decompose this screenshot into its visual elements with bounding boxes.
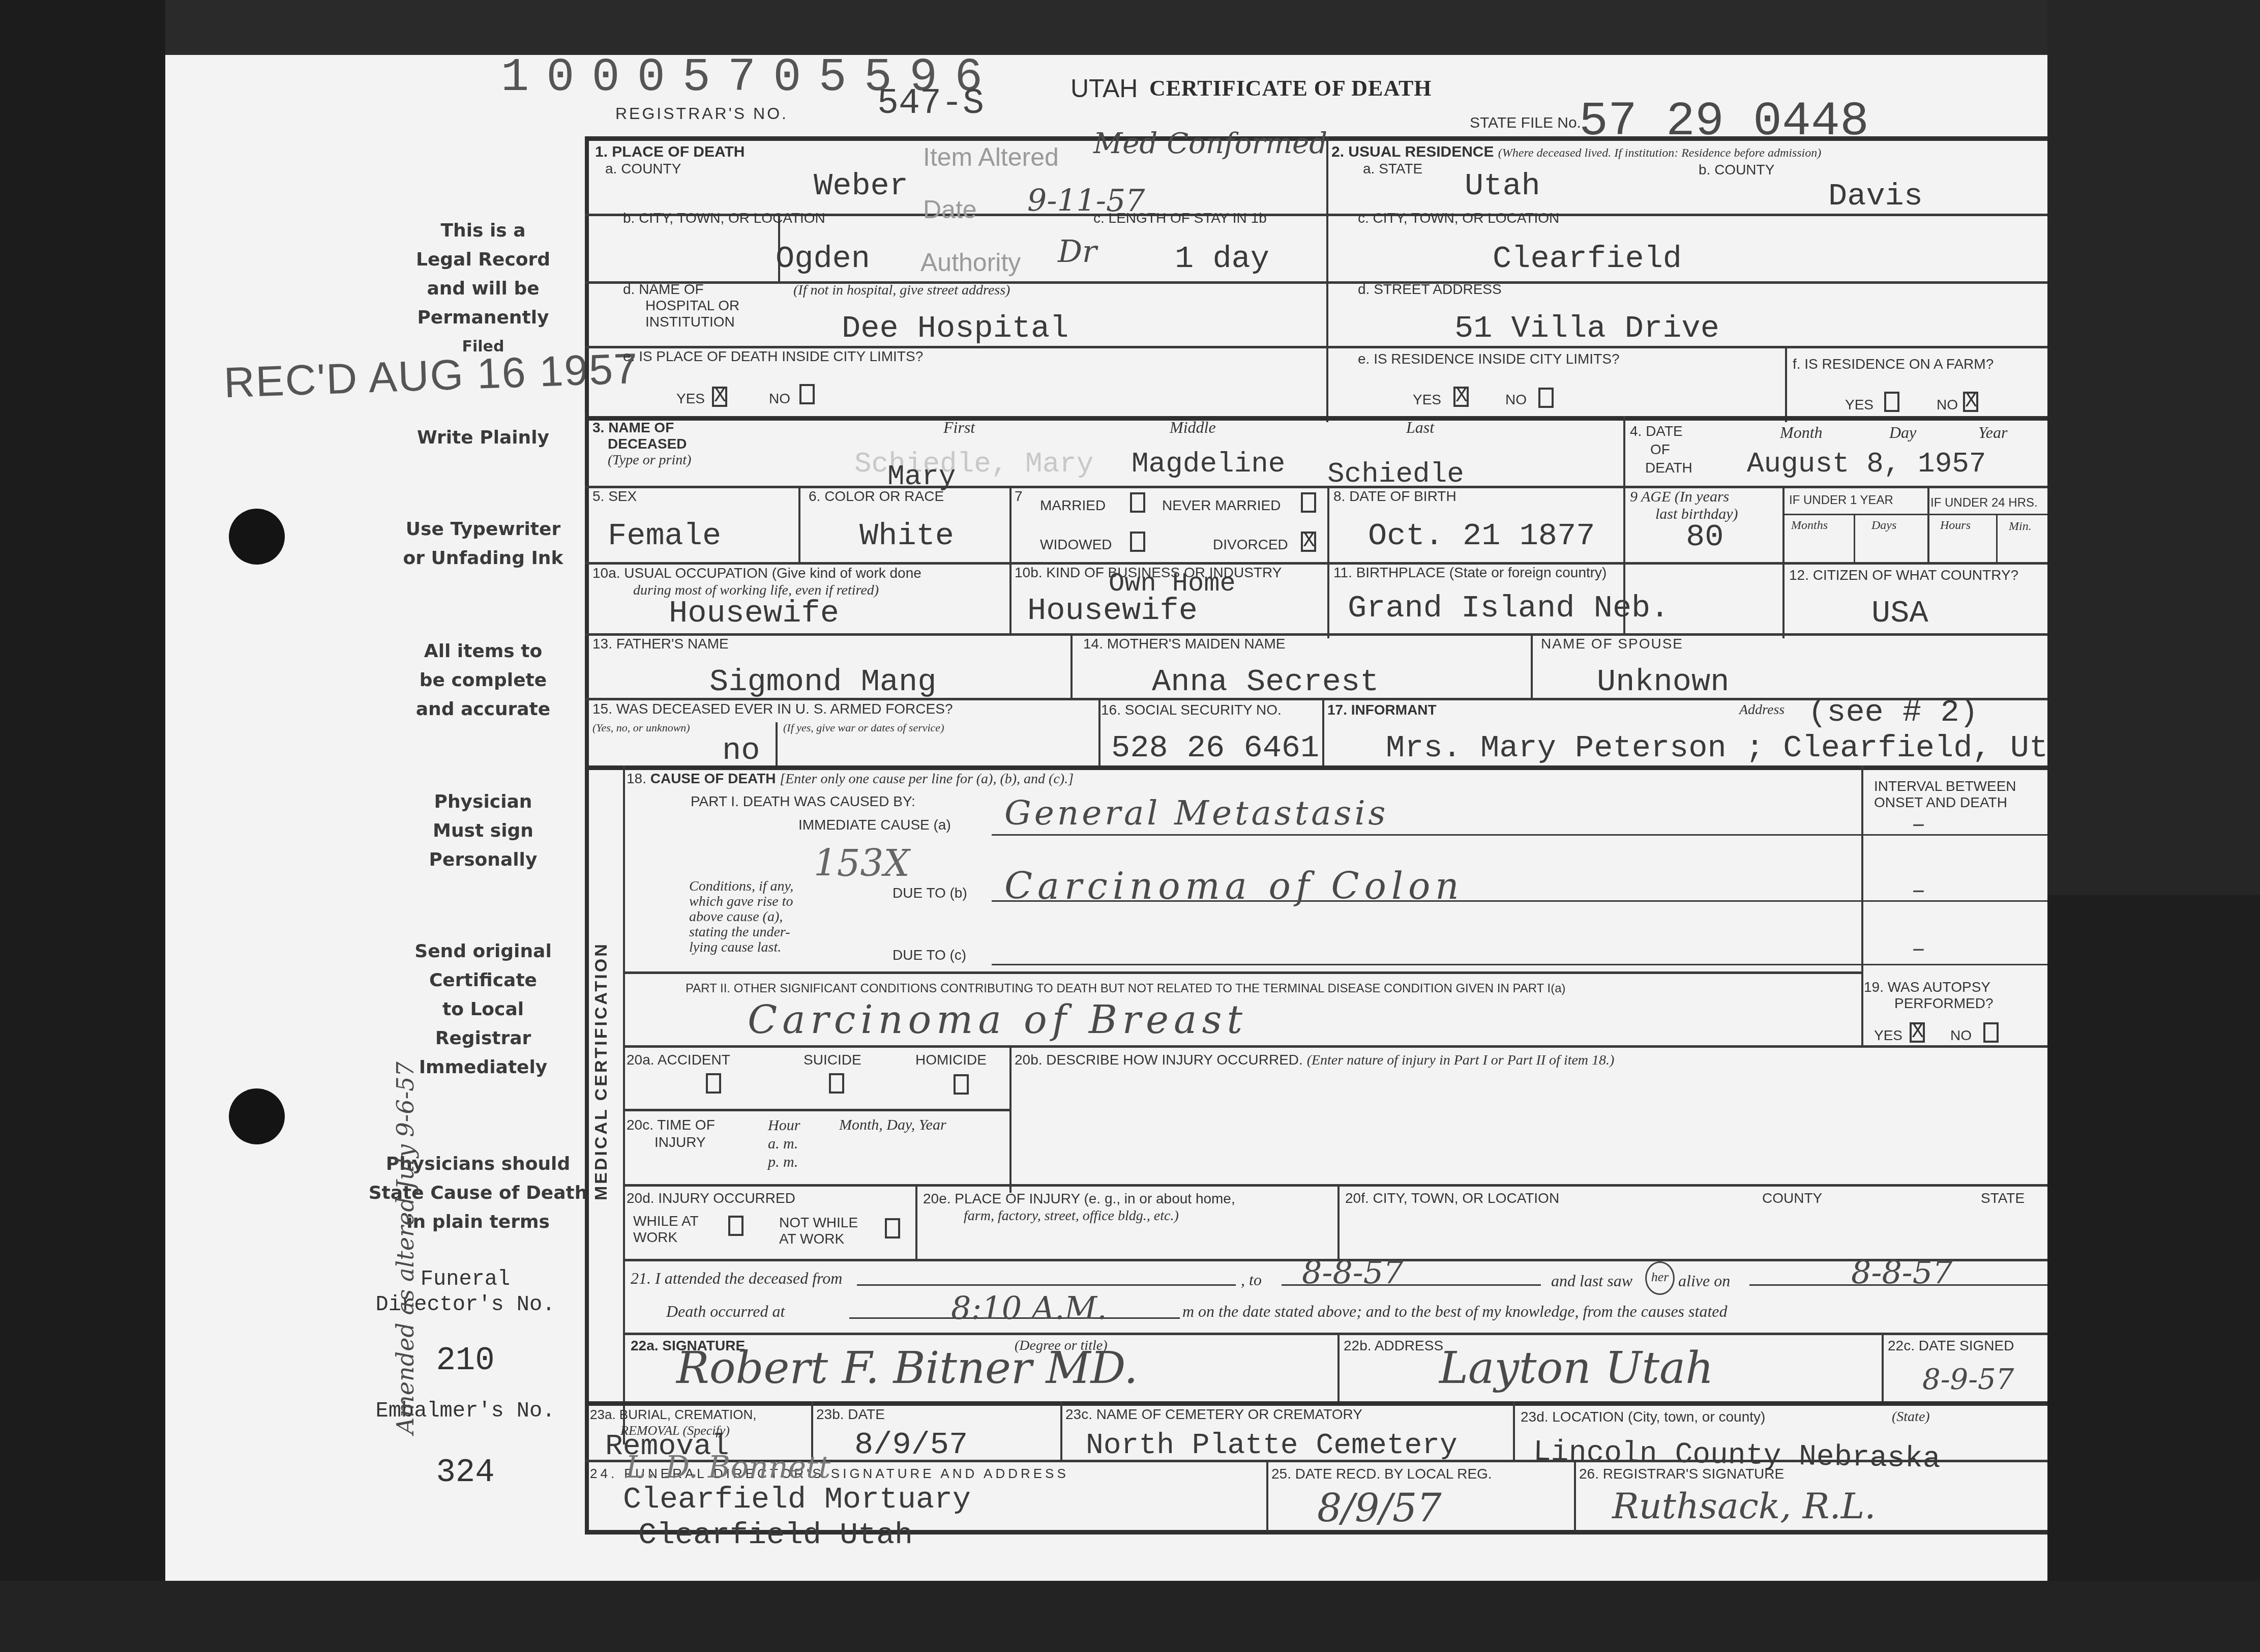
- death-time: 8:10 A.M.: [951, 1289, 1107, 1326]
- death-city-label: b. CITY, TOWN, OR LOCATION: [623, 210, 825, 226]
- punch-hole-icon: [229, 1088, 285, 1144]
- last-name-label: Last: [1406, 418, 1434, 437]
- registrars-no: 547-S: [877, 84, 984, 124]
- residence-city-label: c. CITY, TOWN, OR LOCATION: [1358, 210, 1559, 226]
- divider: [585, 416, 2047, 421]
- residence-county: Davis: [1828, 178, 1923, 214]
- farm-yes-label: YES: [1845, 397, 1874, 413]
- embalmer-no-label: Embalmer's No.: [359, 1399, 572, 1423]
- father-name: Sigmond Mang: [709, 664, 936, 700]
- armed-forces-label: 15. WAS DECEASED EVER IN U. S. ARMED FOR…: [592, 701, 953, 717]
- registrars-no-label: REGISTRAR'S NO.: [615, 104, 788, 123]
- citizen-label: 12. CITIZEN OF WHAT COUNTRY?: [1789, 567, 2018, 583]
- never-married-checkbox[interactable]: [1301, 492, 1316, 513]
- mother-label: 14. MOTHER'S MAIDEN NAME: [1083, 636, 1285, 652]
- divider: [623, 1045, 2047, 1048]
- time-of-injury-label: 20c. TIME OF INJURY: [627, 1116, 715, 1151]
- divider: [1861, 964, 2047, 965]
- death-county-label: a. COUNTY: [605, 161, 681, 177]
- part2-label: PART II. OTHER SIGNIFICANT CONDITIONS CO…: [686, 982, 1565, 996]
- date-recd-label: 25. DATE RECD. BY LOCAL REG.: [1271, 1466, 1492, 1482]
- month-day-year-label: Month, Day, Year: [839, 1116, 946, 1134]
- document-title: CERTIFICATE OF DEATH: [1149, 75, 1432, 101]
- divider: [623, 765, 625, 1444]
- divider: [1574, 1460, 1576, 1531]
- cemetery-location-label: 23d. LOCATION (City, town, or county): [1521, 1409, 1765, 1425]
- under-1-year-label: IF UNDER 1 YEAR: [1789, 493, 1893, 508]
- death-statement: m on the date stated above; and to the b…: [1182, 1302, 1727, 1321]
- armed-forces-hint-1: (Yes, no, or unknown): [592, 721, 690, 734]
- widowed-label: WIDOWED: [1040, 537, 1112, 553]
- autopsy-yes-checkbox[interactable]: X: [1910, 1022, 1925, 1043]
- divider: [1060, 1401, 1062, 1462]
- funeral-director-no: 210: [359, 1343, 572, 1379]
- ssn-value: 528 26 6461: [1111, 730, 1319, 766]
- disposition-date-label: 23b. DATE: [816, 1406, 885, 1423]
- part2-conditions: Carcinoma of Breast: [748, 997, 1247, 1042]
- married-checkbox[interactable]: [1130, 492, 1145, 513]
- cemetery-label: 23c. NAME OF CEMETERY OR CREMATORY: [1065, 1406, 1362, 1423]
- part1-label: PART I. DEATH WAS CAUSED BY:: [691, 793, 915, 810]
- last-seen-date: 8-8-57: [1851, 1254, 1953, 1291]
- married-label: MARRIED: [1040, 497, 1106, 514]
- armed-forces-hint-2: (If yes, give war or dates of service): [783, 721, 944, 734]
- day-label: Day: [1889, 423, 1916, 442]
- to-label: , to: [1241, 1271, 1262, 1289]
- sex-label: 5. SEX: [592, 488, 637, 505]
- place-of-death-label: 1. PLACE OF DEATH: [595, 143, 745, 161]
- punch-hole-icon: [229, 509, 285, 565]
- authority-value: Dr: [1058, 234, 1097, 270]
- divider: [1513, 1401, 1515, 1462]
- suicide-checkbox[interactable]: [829, 1073, 844, 1094]
- mother-name: Anna Secrest: [1152, 664, 1379, 700]
- date-signed-label: 22c. DATE SIGNED: [1888, 1338, 2014, 1354]
- physician-address-label: 22b. ADDRESS: [1344, 1338, 1443, 1354]
- sex-value: Female: [608, 518, 721, 554]
- race-value: White: [859, 518, 954, 554]
- residence-street-label: d. STREET ADDRESS: [1358, 281, 1502, 298]
- divider: [623, 971, 1861, 974]
- divider: [1009, 486, 1012, 563]
- divider: [623, 1333, 2047, 1335]
- funeral-director-no-label: Funeral Director's No.: [359, 1266, 572, 1317]
- not-while-at-work-checkbox[interactable]: [885, 1218, 900, 1238]
- authority-label: Authority: [920, 248, 1021, 277]
- cemetery-value: North Platte Cemetery: [1086, 1429, 1458, 1462]
- disposition-date: 8/9/57: [854, 1427, 968, 1463]
- deceased-name-label: 3. NAME OF DECEASED (Type or print): [592, 420, 691, 468]
- dob-value: Oct. 21 1877: [1368, 518, 1595, 554]
- divider: [1337, 1333, 1340, 1404]
- death-occurred-label: Death occurred at: [666, 1302, 785, 1321]
- write-plainly-note: Write Plainly: [376, 423, 590, 452]
- physician-signature: Robert F. Bitner MD.: [676, 1343, 1138, 1394]
- interval-label: INTERVAL BETWEEN ONSET AND DEATH: [1874, 778, 2016, 811]
- usual-residence-label: 2. USUAL RESIDENCE (Where deceased lived…: [1331, 143, 1821, 161]
- medical-certification-label: MEDICAL CERTIFICATION: [591, 942, 611, 1200]
- residence-inside-city-yes-checkbox[interactable]: X: [1453, 387, 1469, 407]
- date-recd: 8/9/57: [1317, 1485, 1442, 1530]
- divider: [1531, 633, 1533, 699]
- death-city: Ogden: [776, 241, 870, 277]
- armed-forces-value: no: [722, 732, 760, 769]
- injury-state-label: STATE: [1981, 1190, 2025, 1206]
- informant-label: 17. INFORMANT: [1327, 702, 1437, 718]
- divider: [776, 722, 778, 767]
- residence-inside-city-label: e. IS RESIDENCE INSIDE CITY LIMITS?: [1358, 351, 1620, 367]
- homicide-label: HOMICIDE: [915, 1052, 987, 1068]
- spouse-label: NAME OF SPOUSE: [1541, 636, 1683, 652]
- while-at-work-checkbox[interactable]: [728, 1216, 744, 1236]
- accident-checkbox[interactable]: [706, 1073, 721, 1094]
- due-to-c-label: DUE TO (c): [893, 947, 966, 963]
- divorced-label: DIVORCED: [1213, 537, 1288, 553]
- length-of-stay: 1 day: [1175, 241, 1269, 277]
- dob-label: 8. DATE OF BIRTH: [1333, 488, 1456, 505]
- attended-from-line: [857, 1284, 1236, 1286]
- item-altered-value: Med Conformed: [1093, 127, 1327, 160]
- death-inside-city-yes-checkbox[interactable]: X: [712, 387, 727, 407]
- residence-inside-city-no-checkbox[interactable]: [1538, 388, 1554, 408]
- divider: [1927, 486, 1929, 563]
- residence-inside-city-yes-label: YES: [1413, 392, 1441, 408]
- funeral-director-line2: Clearfield Utah: [638, 1518, 913, 1553]
- state-file-label: STATE FILE No.: [1470, 114, 1581, 132]
- divider: [585, 633, 2047, 636]
- deceased-middle-name: Magdeline: [1132, 448, 1285, 480]
- place-of-injury-label: 20e. PLACE OF INJURY (e. g., in or about…: [923, 1190, 1235, 1225]
- divider: [585, 765, 2047, 770]
- autopsy-no-checkbox[interactable]: [1983, 1022, 1999, 1043]
- physician-sign-note: Physician Must sign Personally: [376, 787, 590, 874]
- widowed-checkbox[interactable]: [1130, 532, 1145, 552]
- last-saw-label: and last saw: [1551, 1272, 1632, 1290]
- marital-number: 7: [1015, 488, 1023, 505]
- month-label: Month: [1780, 423, 1823, 442]
- date-of-death: August 8, 1957: [1747, 448, 1986, 480]
- residence-street: 51 Villa Drive: [1454, 310, 1719, 346]
- death-inside-city-yes-label: YES: [676, 391, 705, 407]
- divider: [1322, 698, 1324, 768]
- alteration-date-label: Date: [923, 195, 977, 224]
- cause-a-line: [992, 834, 1861, 836]
- citizen-value: USA: [1871, 595, 1928, 631]
- deceased-last-name: Schiedle: [1327, 458, 1464, 490]
- death-inside-city-no-checkbox[interactable]: [799, 384, 815, 404]
- death-inside-city-label: e. IS PLACE OF DEATH INSIDE CITY LIMITS?: [623, 348, 923, 365]
- scan-background-left: [0, 0, 165, 1652]
- embalmer-no: 324: [359, 1455, 572, 1491]
- autopsy-label: 19. WAS AUTOPSY PERFORMED?: [1864, 979, 1993, 1012]
- while-at-work-label: WHILE AT WORK: [633, 1213, 699, 1246]
- her-circled: her: [1645, 1261, 1675, 1295]
- immediate-cause-label: IMMEDIATE CAUSE (a): [798, 817, 951, 833]
- residence-state: Utah: [1465, 168, 1540, 204]
- ssn-label: 16. SOCIAL SECURITY NO.: [1101, 702, 1282, 718]
- residence-farm-label: f. IS RESIDENCE ON A FARM?: [1793, 356, 1994, 372]
- divider: [1861, 765, 1863, 1048]
- title-prefix: UTAH: [1070, 74, 1138, 103]
- divider: [623, 1184, 2047, 1187]
- divider: [798, 486, 800, 563]
- min-label: Min.: [2009, 520, 2032, 534]
- registrar-signature: Ruthsack, R.L.: [1612, 1485, 1876, 1527]
- registrar-signature-label: 26. REGISTRAR'S SIGNATURE: [1579, 1466, 1784, 1482]
- alive-on-label: alive on: [1678, 1272, 1730, 1290]
- complete-note: All items to be complete and accurate: [376, 637, 590, 724]
- autopsy-no-label: NO: [1950, 1027, 1972, 1044]
- physician-address: Layton Utah: [1439, 1343, 1714, 1394]
- homicide-checkbox[interactable]: [954, 1074, 969, 1095]
- first-name-label: First: [943, 418, 975, 437]
- occupation-value: Housewife: [669, 595, 839, 631]
- legal-record-note: This is a Legal Record and will be Perma…: [376, 216, 590, 361]
- farm-no-checkbox[interactable]: X: [1963, 392, 1978, 412]
- divider: [585, 1401, 2047, 1406]
- divider: [1337, 1184, 1340, 1260]
- hours-label: Hours: [1940, 519, 1971, 533]
- divider: [623, 1109, 1009, 1111]
- injury-occurred-label: 20d. INJURY OCCURRED: [627, 1190, 795, 1206]
- under-24-hrs-label: IF UNDER 24 HRS.: [1930, 496, 2038, 510]
- informant-address: (see # 2): [1808, 694, 1978, 730]
- age-label: 9 AGE (In years last birthday): [1630, 488, 1738, 523]
- divider: [1861, 900, 2047, 902]
- divider: [1782, 514, 2047, 515]
- divider: [1861, 834, 2047, 836]
- due-to-b-label: DUE TO (b): [893, 885, 967, 901]
- divider: [1098, 698, 1101, 768]
- autopsy-yes-label: YES: [1874, 1027, 1902, 1044]
- occupation-label: 10a. USUAL OCCUPATION (Give kind of work…: [592, 565, 921, 599]
- interval-a: –: [1912, 809, 1925, 838]
- divider: [1070, 633, 1073, 699]
- divider: [1996, 514, 1998, 563]
- conditions-note: Conditions, if any, which gave rise to a…: [689, 879, 793, 955]
- residence-state-label: a. STATE: [1363, 161, 1422, 177]
- accident-label: 20a. ACCIDENT: [627, 1052, 730, 1068]
- injury-city-label: 20f. CITY, TOWN, OR LOCATION: [1345, 1190, 1559, 1206]
- divider: [1882, 1333, 1884, 1404]
- scan-background-right-lower: [2047, 895, 2260, 1652]
- race-label: 6. COLOR OR RACE: [809, 488, 944, 505]
- injury-county-label: COUNTY: [1762, 1190, 1822, 1206]
- birthplace-value: Grand Island Neb.: [1348, 590, 1670, 626]
- spouse-name: Unknown: [1597, 664, 1729, 700]
- informant-address-label: Address: [1739, 702, 1785, 718]
- informant-name: Mrs. Mary Peterson ; Clearfield, Ut: [1386, 730, 2048, 766]
- date-of-death-label: 4. DATE OF DEATH: [1630, 422, 1692, 477]
- farm-no-label: NO: [1937, 397, 1958, 413]
- interval-b: –: [1912, 875, 1925, 904]
- months-label: Months: [1791, 519, 1828, 533]
- hour-am-pm-label: Hour a. m. p. m.: [768, 1116, 800, 1171]
- never-married-label: NEVER MARRIED: [1162, 497, 1281, 514]
- divorced-checkbox[interactable]: X: [1301, 532, 1316, 552]
- residence-city: Clearfield: [1493, 241, 1682, 277]
- death-county: Weber: [814, 168, 908, 204]
- scan-background-bottom: [0, 1581, 2260, 1652]
- residence-inside-city-no-label: NO: [1505, 392, 1527, 408]
- divider: [1266, 1460, 1268, 1531]
- due-to-b: Carcinoma of Colon: [1004, 865, 1464, 907]
- cause-code: 153X: [814, 842, 910, 884]
- hospital-hint: (If not in hospital, give street address…: [793, 282, 1010, 299]
- attended-label: 21. I attended the deceased from: [631, 1269, 842, 1288]
- divider: [1326, 136, 1328, 422]
- date-signed: 8-9-57: [1922, 1363, 2014, 1396]
- cause-of-death-label: 18. CAUSE OF DEATH [Enter only one cause…: [627, 771, 1074, 787]
- handwritten-side-note: Amended as altered July 9-6-57: [392, 926, 419, 1434]
- days-label: Days: [1871, 519, 1896, 533]
- funeral-director-signature: L. D. Bonnett: [626, 1450, 830, 1485]
- divider: [1009, 562, 1012, 636]
- birthplace-label: 11. BIRTHPLACE (State or foreign country…: [1333, 565, 1607, 581]
- year-label: Year: [1978, 423, 2008, 442]
- cemetery-state-label: (State): [1892, 1409, 1930, 1425]
- suicide-label: SUICIDE: [804, 1052, 861, 1068]
- hospital-name: Dee Hospital: [842, 310, 1068, 346]
- not-while-at-work-label: NOT WHILE AT WORK: [779, 1215, 858, 1247]
- middle-name-label: Middle: [1170, 418, 1216, 437]
- father-label: 13. FATHER'S NAME: [592, 636, 729, 652]
- cause-c-line: [992, 964, 1861, 965]
- attended-to: 8-8-57: [1302, 1254, 1404, 1291]
- item-altered-label: Item Altered: [923, 142, 1059, 172]
- divider: [1785, 346, 1787, 422]
- injury-description-label: 20b. DESCRIBE HOW INJURY OCCURRED. (Ente…: [1015, 1052, 1614, 1069]
- funeral-director-line1: Clearfield Mortuary: [623, 1483, 971, 1517]
- length-of-stay-label: c. LENGTH OF STAY IN 1b: [1093, 210, 1267, 226]
- death-inside-city-no-label: NO: [769, 391, 790, 407]
- typewriter-note: Use Typewriter or Unfading Ink: [376, 515, 590, 573]
- business-value-line2: Housewife: [1027, 593, 1198, 629]
- interval-c: –: [1912, 933, 1925, 963]
- farm-yes-checkbox[interactable]: [1884, 392, 1899, 412]
- hospital-label: d. NAME OF HOSPITAL OR INSTITUTION: [623, 281, 739, 330]
- divider: [915, 1184, 917, 1260]
- age-value: 80: [1686, 519, 1723, 555]
- divider: [1854, 514, 1855, 563]
- immediate-cause: General Metastasis: [1004, 793, 1388, 833]
- divider: [1009, 1045, 1012, 1193]
- residence-county-label: b. COUNTY: [1699, 162, 1774, 178]
- divider: [585, 486, 2047, 488]
